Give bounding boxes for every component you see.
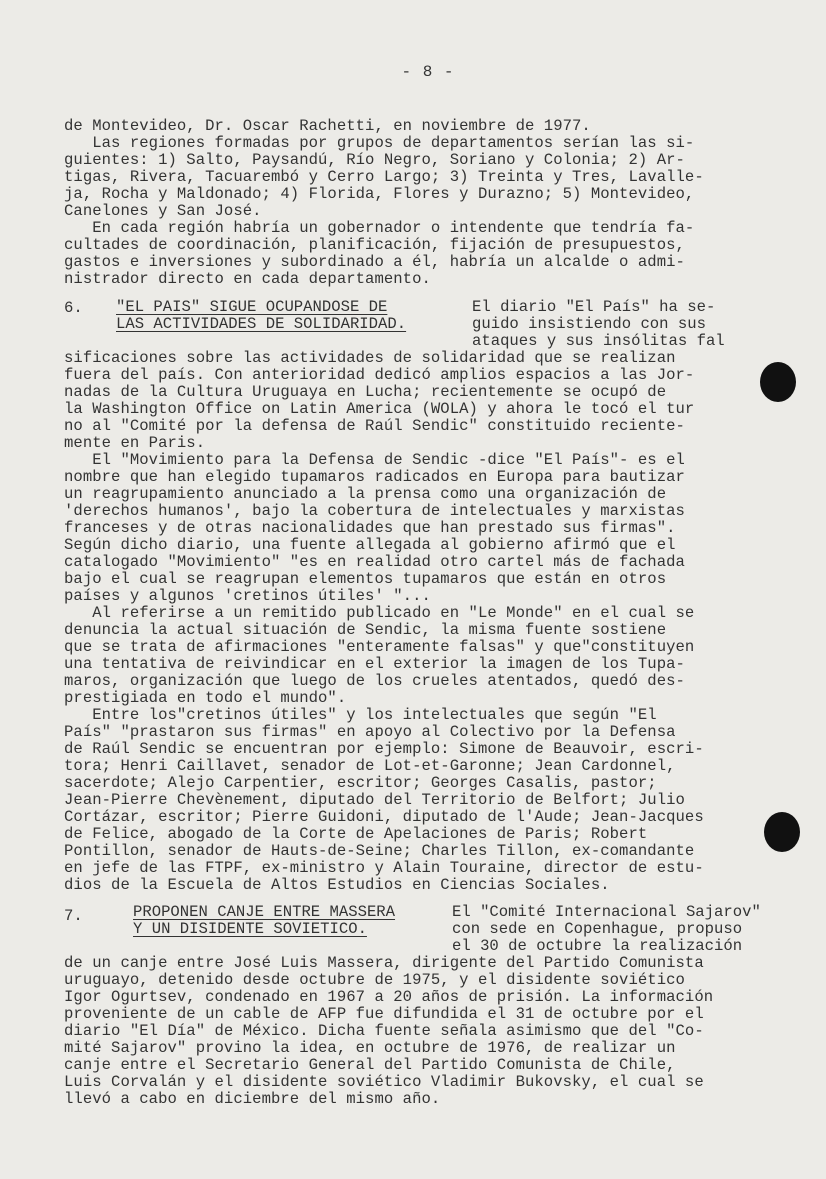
text-line: canje entre el Secretario General del Pa… (64, 1057, 676, 1074)
text-line: bajo el cual se reagrupan elementos tupa… (64, 571, 666, 588)
text-line: mente en Paris. (64, 435, 205, 452)
text-line: prestigiada en todo el mundo". (64, 690, 346, 707)
text-line: de Montevideo, Dr. Oscar Rachetti, en no… (64, 118, 591, 135)
text-line: de un canje entre José Luis Massera, dir… (64, 955, 704, 972)
text-line: 'derechos humanos', bajo la cobertura de… (64, 503, 685, 520)
section-heading: PROPONEN CANJE ENTRE MASSERA (133, 904, 395, 921)
text-line: Las regiones formadas por grupos de depa… (64, 135, 694, 152)
text-line: de Felice, abogado de la Corte de Apelac… (64, 826, 647, 843)
text-line: Según dicho diario, una fuente allegada … (64, 537, 676, 554)
text-line: El "Movimiento para la Defensa de Sendic… (64, 452, 685, 469)
text-line: que se trata de afirmaciones "enterament… (64, 639, 694, 656)
text-line: Jean-Pierre Chevènement, diputado del Te… (64, 792, 685, 809)
text-line: proveniente de un cable de AFP fue difun… (64, 1006, 704, 1023)
text-line: En cada región habría un gobernador o in… (64, 220, 694, 237)
text-line: maros, organización que luego de los cru… (64, 673, 685, 690)
text-line: País" "prastaron sus firmas" en apoyo al… (64, 724, 676, 741)
text-line: sacerdote; Alejo Carpentier, escritor; G… (64, 775, 657, 792)
text-line: catalogado "Movimiento" "es en realidad … (64, 554, 685, 571)
text-line: franceses y de otras nacionalidades que … (64, 520, 676, 537)
text-line: Cortázar, escritor; Pierre Guidoni, dipu… (64, 809, 704, 826)
section-heading: Y UN DISIDENTE SOVIETICO. (133, 921, 367, 938)
section-number: 7. (64, 907, 83, 925)
text-line: Igor Ogurtsev, condenado en 1967 a 20 añ… (64, 989, 713, 1006)
text-line: Luis Corvalán y el disidente soviético V… (64, 1074, 704, 1091)
page-number: - 8 - (0, 63, 826, 81)
text-line: diario "El Día" de México. Dicha fuente … (64, 1023, 704, 1040)
text-line: Pontillon, senador de Hauts-de-Seine; Ch… (64, 843, 694, 860)
text-line: nistrador directo en cada departamento. (64, 271, 431, 288)
text-line: una tentativa de reivindicar en el exter… (64, 656, 685, 673)
text-line: ataques y sus insólitas fal (472, 333, 725, 350)
text-line: ja, Rocha y Maldonado; 4) Florida, Flore… (64, 186, 694, 203)
text-line: nadas de la Cultura Uruguaya en Lucha; r… (64, 384, 666, 401)
text-line: en jefe de las FTPF, ex-ministro y Alain… (64, 860, 704, 877)
punch-hole-icon (760, 362, 796, 402)
text-line: llevó a cabo en diciembre del mismo año. (64, 1091, 440, 1108)
text-line: dios de la Escuela de Altos Estudios en … (64, 877, 610, 894)
text-line: la Washington Office on Latin America (W… (64, 401, 694, 418)
text-line: denuncia la actual situación de Sendic, … (64, 622, 666, 639)
text-line: sificaciones sobre las actividades de so… (64, 350, 676, 367)
text-line: El diario "El País" ha se- (472, 299, 715, 316)
punch-hole-icon (764, 812, 800, 852)
text-line: uruguayo, detenido desde octubre de 1975… (64, 972, 685, 989)
text-line: Al referirse a un remitido publicado en … (64, 605, 694, 622)
text-line: Canelones y San José. (64, 203, 262, 220)
text-line: el 30 de octubre la realización (452, 938, 742, 955)
text-line: gastos e inversiones y subordinado a él,… (64, 254, 685, 271)
text-line: un reagrupamiento anunciado a la prensa … (64, 486, 666, 503)
text-line: cultades de coordinación, planificación,… (64, 237, 685, 254)
text-line: guientes: 1) Salto, Paysandú, Río Negro,… (64, 152, 685, 169)
section-number: 6. (64, 299, 83, 317)
text-line: no al "Comité por la defensa de Raúl Sen… (64, 418, 685, 435)
section-heading: "EL PAIS" SIGUE OCUPANDOSE DE (116, 299, 387, 316)
text-line: de Raúl Sendic se encuentran por ejemplo… (64, 741, 704, 758)
section-heading: LAS ACTIVIDADES DE SOLIDARIDAD. (116, 316, 406, 333)
text-line: tora; Henri Caillavet, senador de Lot-et… (64, 758, 676, 775)
text-line: con sede en Copenhague, propuso (452, 921, 742, 938)
text-line: nombre que han elegido tupamaros radicad… (64, 469, 685, 486)
text-line: Entre los"cretinos útiles" y los intelec… (64, 707, 657, 724)
text-line: tigas, Rivera, Tacuarembó y Cerro Largo;… (64, 169, 704, 186)
text-line: guido insistiendo con sus (472, 316, 706, 333)
text-line: países y algunos 'cretinos útiles' "... (64, 588, 431, 605)
text-line: El "Comité Internacional Sajarov" (452, 904, 761, 921)
text-line: fuera del país. Con anterioridad dedicó … (64, 367, 694, 384)
text-line: mité Sajarov" provino la idea, en octubr… (64, 1040, 676, 1057)
